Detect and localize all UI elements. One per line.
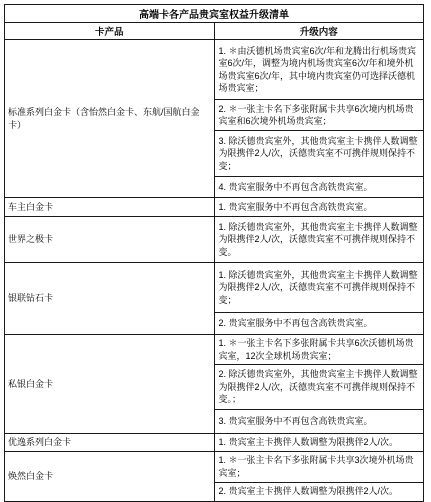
- benefit-item-row: 世界之极卡1. 除沃德贵宾室外，其他贵宾室主卡携伴人数调整为限携伴2人/次，沃德…: [5, 217, 424, 263]
- table-title: 高端卡各产品贵宾室权益升级清单: [5, 5, 424, 23]
- upgrade-content-item: 3. 除沃德贵宾室外，其他贵宾室主卡携伴人数调整为限携伴2人/次，沃德贵宾室不可…: [214, 131, 424, 177]
- upgrade-content-item: 2. 贵宾室主卡携伴人数调整为限携伴2人/次。: [214, 482, 424, 501]
- upgrade-content-item: 2. 除沃德贵宾室外，其他贵宾室主卡携伴人数调整为限携伴2人/次，沃德贵宾室不可…: [214, 365, 424, 410]
- upgrade-content-item: 1. 除沃德贵宾室外，其他贵宾室主卡携伴人数调整为限携伴2人/次，沃德贵宾室不可…: [214, 217, 424, 263]
- card-product-name: 焕然白金卡: [5, 451, 215, 501]
- column-header-upgrade-content: 升级内容: [214, 23, 424, 40]
- upgrade-content-item: 1. 贵宾室服务中不再包含高铁贵宾室。: [214, 198, 424, 217]
- card-product-name: 世界之极卡: [5, 217, 215, 263]
- upgrade-content-item: 1. 贵宾室主卡携伴人数调整为限携伴2人/次。: [214, 434, 424, 452]
- table-header-row: 卡产品 升级内容: [5, 23, 424, 40]
- upgrade-content-item: 1. 除沃德贵宾室外，其他贵宾室主卡携伴人数调整为限携伴2人/次，沃德贵宾室不可…: [214, 263, 424, 313]
- card-product-name: 私银白金卡: [5, 335, 215, 434]
- card-product-name: 标准系列白金卡（含怡然白金卡、东航/国航白金卡）: [5, 40, 215, 198]
- upgrade-content-item: 1. ＊一张主卡名下多张附属卡共享6次沃德机场贵宾室，12次全球机场贵宾室；: [214, 335, 424, 365]
- upgrade-content-item: 4. 贵宾室服务中不再包含高铁贵宾室。: [214, 177, 424, 198]
- table-body: 标准系列白金卡（含怡然白金卡、东航/国航白金卡）1. ＊由沃德机场贵宾室6次/年…: [5, 40, 424, 502]
- benefit-item-row: 优逸系列白金卡1. 贵宾室主卡携伴人数调整为限携伴2人/次。: [5, 434, 424, 452]
- card-product-name: 优逸系列白金卡: [5, 434, 215, 452]
- card-product-name: 车主白金卡: [5, 198, 215, 217]
- column-header-card-product: 卡产品: [5, 23, 215, 40]
- lounge-benefits-upgrade-table: 高端卡各产品贵宾室权益升级清单 卡产品 升级内容 标准系列白金卡（含怡然白金卡、…: [4, 4, 424, 502]
- table-title-row: 高端卡各产品贵宾室权益升级清单: [5, 5, 424, 23]
- card-product-name: 银联钻石卡: [5, 263, 215, 335]
- upgrade-content-item: 2. 贵宾室服务中不再包含高铁贵宾室。: [214, 313, 424, 335]
- document-page: 高端卡各产品贵宾室权益升级清单 卡产品 升级内容 标准系列白金卡（含怡然白金卡、…: [0, 0, 431, 500]
- benefit-item-row: 私银白金卡1. ＊一张主卡名下多张附属卡共享6次沃德机场贵宾室，12次全球机场贵…: [5, 335, 424, 365]
- benefit-item-row: 车主白金卡1. 贵宾室服务中不再包含高铁贵宾室。: [5, 198, 424, 217]
- upgrade-content-item: 2. ＊一张主卡名下多张附属卡共享6次境内机场贵宾室和6次境外机场贵宾室；: [214, 100, 424, 131]
- benefit-item-row: 焕然白金卡1. ＊一张主卡名下多张附属卡共享3次境外机场贵宾室；: [5, 451, 424, 482]
- benefit-item-row: 标准系列白金卡（含怡然白金卡、东航/国航白金卡）1. ＊由沃德机场贵宾室6次/年…: [5, 40, 424, 100]
- upgrade-content-item: 1. ＊一张主卡名下多张附属卡共享3次境外机场贵宾室；: [214, 451, 424, 482]
- upgrade-content-item: 3. 贵宾室服务中不再包含高铁贵宾室。: [214, 410, 424, 434]
- upgrade-content-item: 1. ＊由沃德机场贵宾室6次/年和龙腾出行机场贵宾室6次/年，调整为境内机场贵宾…: [214, 40, 424, 100]
- benefit-item-row: 银联钻石卡1. 除沃德贵宾室外，其他贵宾室主卡携伴人数调整为限携伴2人/次，沃德…: [5, 263, 424, 313]
